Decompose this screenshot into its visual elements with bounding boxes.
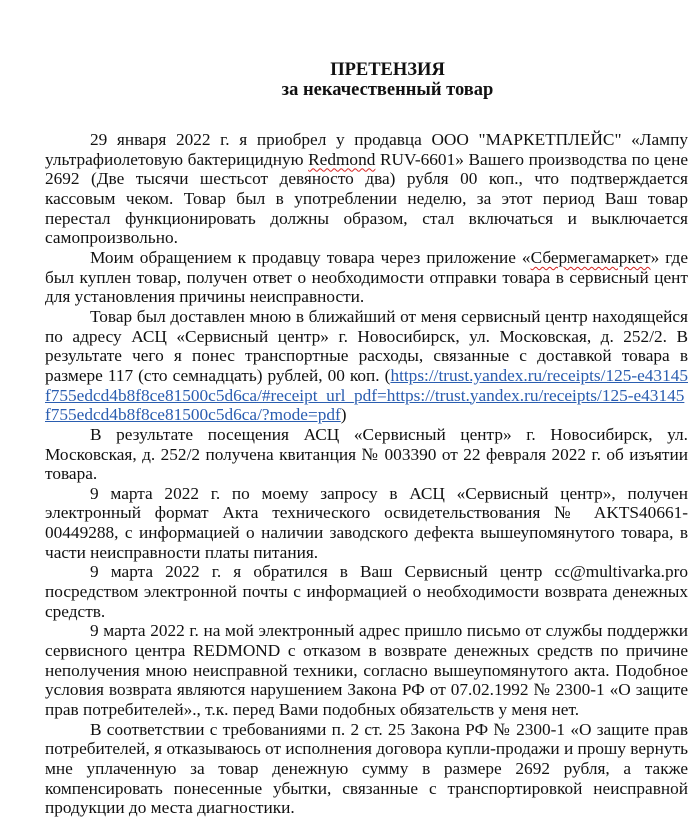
paragraph-email-request: 9 марта 2022 г. я обратился в Ваш Сервис… [45,562,688,621]
paragraph-demand: В соответствии с требованиями п. 2 ст. 2… [45,720,688,818]
document-title: ПРЕТЕНЗИЯ [87,60,688,80]
paragraph-purchase: 29 января 2022 г. я приобрел у продавца … [45,130,688,248]
title-block: ПРЕТЕНЗИЯ за некачественный товар [87,0,688,101]
spellcheck-word[interactable]: Сбермегамаркет [531,248,651,267]
document-subtitle: за некачественный товар [87,80,688,101]
paragraph-text: Моим обращением к продавцу товара через … [90,248,531,267]
paragraph-receipt: В результате посещения АСЦ «Сервисный це… [45,425,688,484]
document-page: ПРЕТЕНЗИЯ за некачественный товар 29 янв… [45,0,688,818]
paragraph-refusal: 9 марта 2022 г. на мой электронный адрес… [45,621,688,719]
paragraph-delivery: Товар был доставлен мною в ближайший от … [45,307,688,425]
paragraph-text: ) [341,405,347,424]
document-body: 29 января 2022 г. я приобрел у продавца … [45,130,688,818]
paragraph-seller-contact: Моим обращением к продавцу товара через … [45,248,688,307]
paragraph-inspection-act: 9 марта 2022 г. по моему запросу в АСЦ «… [45,484,688,563]
spellcheck-word[interactable]: Redmond [308,150,375,169]
